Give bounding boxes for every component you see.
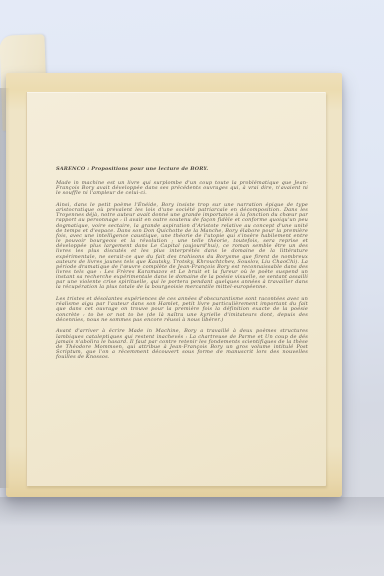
body-paragraph-1: Made in machine est un livre qui surplom… (56, 181, 308, 196)
book-photo-backdrop: SARENCO : Propositions pour une lecture … (0, 0, 384, 576)
book-page: SARENCO : Propositions pour une lecture … (26, 92, 326, 486)
body-paragraph-4: Avant d'arriver à écrire Made in Machine… (56, 329, 308, 360)
body-paragraph-3: Les tristes et désolantes expériences de… (56, 297, 308, 323)
page-heading: SARENCO : Propositions pour une lecture … (56, 166, 308, 172)
page-left-shadow (0, 88, 10, 488)
body-paragraph-2: Ainsi, dans le petit poème l'Énéide, Bor… (56, 203, 308, 291)
page-bottom-shadow (0, 497, 384, 527)
page-text-block: SARENCO : Propositions pour une lecture … (56, 166, 308, 367)
